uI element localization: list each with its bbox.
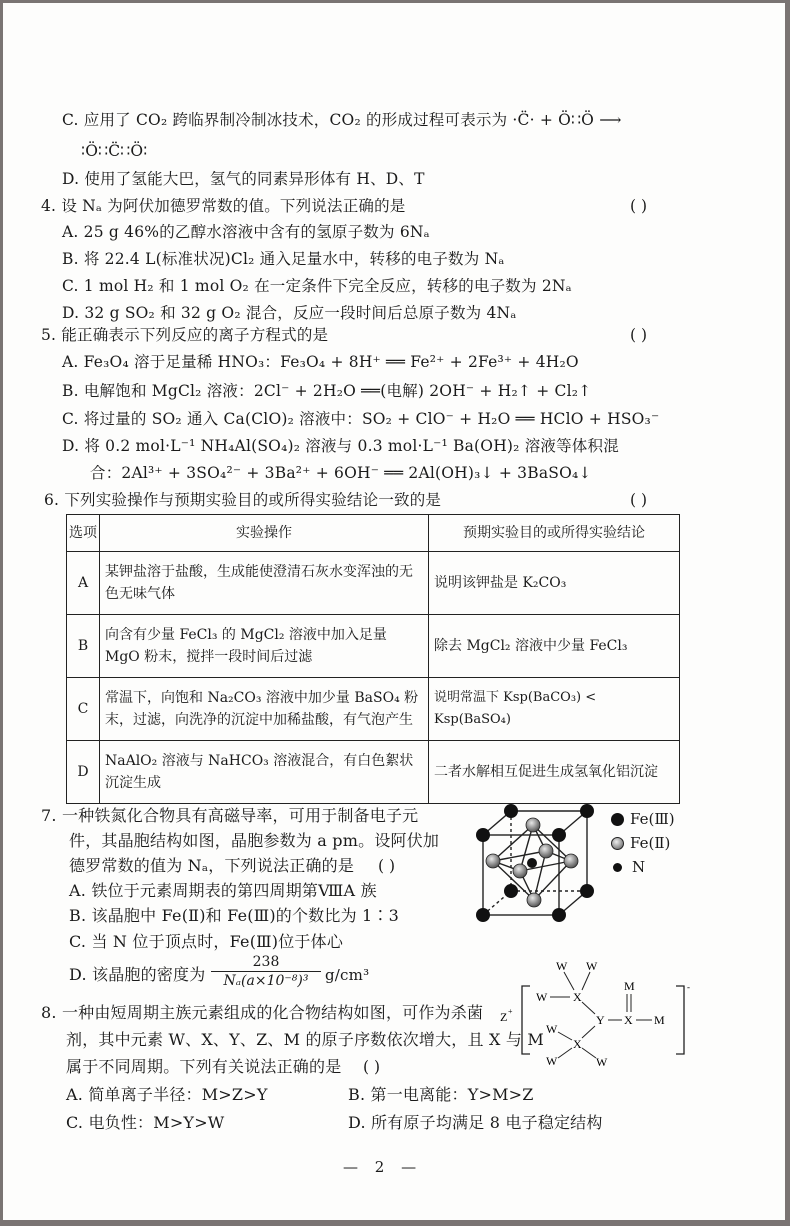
- q8-option-b: B. 第一电离能：Y>M>Z: [348, 1085, 534, 1105]
- q7-stem-line2: 件，其晶胞结构如图，晶胞参数为 a pm。设阿伏加: [69, 831, 439, 851]
- row-option: A: [67, 552, 100, 615]
- q7-density-fraction: 238 Nₐ(a×10⁻⁸)³: [211, 953, 321, 990]
- table-row: A 某钾盐溶于盐酸，生成能使澄清石灰水变浑浊的无色无味气体 说明该钾盐是 K₂C…: [67, 552, 680, 615]
- q7-answer-blank[interactable]: ( ): [378, 856, 395, 876]
- q5-option-c: C. 将过量的 SO₂ 通入 Ca(ClO)₂ 溶液中：SO₂ + ClO⁻ +…: [62, 409, 659, 429]
- q3-option-d: D. 使用了氢能大巴，氢气的同素异形体有 H、D、T: [62, 169, 425, 189]
- row-operation: 某钾盐溶于盐酸，生成能使澄清石灰水变浑浊的无色无味气体: [100, 552, 429, 615]
- q7-option-a: A. 铁位于元素周期表的第四周期第ⅧA 族: [69, 881, 377, 901]
- svg-text:W: W: [596, 1055, 608, 1068]
- q7-option-c: C. 当 N 位于顶点时，Fe(Ⅲ)位于体心: [69, 932, 343, 952]
- svg-text:W: W: [556, 959, 568, 973]
- row-operation: 常温下，向饱和 Na₂CO₃ 溶液中加少量 BaSO₄ 粉末，过滤，向洗净的沉淀…: [100, 678, 429, 741]
- q3-option-c-line1: C. 应用了 CO₂ 跨临界制冷制冰技术，CO₂ 的形成过程可表示为 ·C̈· …: [62, 110, 622, 130]
- table-header-row: 选项 实验操作 预期实验目的或所得实验结论: [67, 515, 680, 552]
- cation-label: Z: [500, 1010, 507, 1024]
- q7-stem-line1: 7. 一种铁氮化合物具有高磁导率，可用于制备电子元: [41, 806, 418, 826]
- row-operation: 向含有少量 FeCl₃ 的 MgCl₂ 溶液中加入足量 MgO 粉末，搅拌一段时…: [100, 615, 429, 678]
- q7-option-d-prefix: D. 该晶胞的密度为: [69, 965, 205, 985]
- table-row: D NaAlO₂ 溶液与 NaHCO₃ 溶液混合，有白色絮状沉淀生成 二者水解相…: [67, 741, 680, 804]
- svg-text:X: X: [624, 1013, 633, 1027]
- q5-answer-blank[interactable]: ( ): [630, 325, 647, 345]
- exam-page: C. 应用了 CO₂ 跨临界制冷制冰技术，CO₂ 的形成过程可表示为 ·C̈· …: [3, 3, 785, 1220]
- svg-text:W: W: [546, 1022, 558, 1036]
- q8-stem-line2: 剂，其中元素 W、X、Y、Z、M 的原子序数依次增大，且 X 与 M: [66, 1030, 544, 1050]
- q8-option-d: D. 所有原子均满足 8 电子稳定结构: [348, 1113, 603, 1133]
- header-conclusion: 预期实验目的或所得实验结论: [429, 515, 680, 552]
- fe3-legend-icon: [611, 813, 624, 826]
- fraction-numerator: 238: [211, 953, 321, 972]
- page-number: — 2 —: [343, 1158, 422, 1176]
- q5-option-a: A. Fe₃O₄ 溶于足量稀 HNO₃：Fe₃O₄ + 8H⁺ ══ Fe²⁺ …: [62, 352, 579, 372]
- legend-fe2: Fe(Ⅱ): [611, 834, 670, 852]
- q4-option-a: A. 25 g 46%的乙醇水溶液中含有的氢原子数为 6Nₐ: [62, 222, 430, 242]
- row-option: C: [67, 678, 100, 741]
- q7-option-b: B. 该晶胞中 Fe(Ⅱ)和 Fe(Ⅲ)的个数比为 1∶3: [69, 906, 399, 926]
- row-conclusion: 除去 MgCl₂ 溶液中少量 FeCl₃: [429, 615, 680, 678]
- q5-stem: 5. 能正确表示下列反应的离子方程式的是: [41, 325, 328, 345]
- row-operation: NaAlO₂ 溶液与 NaHCO₃ 溶液混合，有白色絮状沉淀生成: [100, 741, 429, 804]
- fraction-denominator: Nₐ(a×10⁻⁸)³: [211, 972, 321, 990]
- legend-fe3: Fe(Ⅲ): [611, 810, 675, 828]
- q8-stem-line1: 8. 一种由短周期主族元素组成的化合物结构如图，可作为杀菌: [41, 1003, 483, 1023]
- row-conclusion: 说明该钾盐是 K₂CO₃: [429, 552, 680, 615]
- table-row: C 常温下，向饱和 Na₂CO₃ 溶液中加少量 BaSO₄ 粉末，过滤，向洗净的…: [67, 678, 680, 741]
- svg-text:M: M: [624, 979, 635, 993]
- q8-option-c: C. 电负性：M>Y>W: [66, 1113, 224, 1133]
- row-conclusion: 二者水解相互促进生成氢氧化铝沉淀: [429, 741, 680, 804]
- q4-option-b: B. 将 22.4 L(标准状况)Cl₂ 通入足量水中，转移的电子数为 Nₐ: [62, 249, 505, 269]
- q8-option-a: A. 简单离子半径：M>Z>Y: [66, 1085, 268, 1105]
- n-atom: [527, 858, 537, 868]
- molecular-structure-diagram: Z + - WW WX Y X M M X W W W: [498, 948, 698, 1068]
- q8-answer-blank[interactable]: ( ): [363, 1057, 380, 1077]
- svg-text:X: X: [573, 990, 582, 1004]
- q5-option-d-line1: D. 将 0.2 mol·L⁻¹ NH₄Al(SO₄)₂ 溶液与 0.3 mol…: [62, 436, 619, 456]
- header-option: 选项: [67, 515, 100, 552]
- q4-stem: 4. 设 Nₐ 为阿伏加德罗常数的值。下列说法正确的是: [41, 196, 406, 216]
- legend-n: N: [613, 858, 645, 876]
- crystal-cell-diagram: [463, 803, 603, 923]
- svg-text:+: +: [508, 1007, 513, 1016]
- n-legend-icon: [613, 863, 622, 872]
- experiment-table: 选项 实验操作 预期实验目的或所得实验结论 A 某钾盐溶于盐酸，生成能使澄清石灰…: [66, 514, 680, 804]
- row-option: B: [67, 615, 100, 678]
- svg-text:W: W: [586, 959, 598, 973]
- q4-option-d: D. 32 g SO₂ 和 32 g O₂ 混合，反应一段时间后总原子数为 4N…: [62, 303, 517, 323]
- svg-text:Y: Y: [596, 1013, 605, 1027]
- svg-text:M: M: [654, 1013, 665, 1027]
- q6-stem: 6. 下列实验操作与预期实验目的或所得实验结论一致的是: [44, 490, 441, 510]
- q8-stem-line3: 属于不同周期。下列有关说法正确的是: [66, 1057, 341, 1077]
- q4-option-c: C. 1 mol H₂ 和 1 mol O₂ 在一定条件下完全反应，转移的电子数…: [62, 276, 572, 296]
- svg-text:X: X: [573, 1037, 582, 1051]
- q5-option-b: B. 电解饱和 MgCl₂ 溶液：2Cl⁻ + 2H₂O ══(电解) 2OH⁻…: [62, 381, 591, 401]
- q5-option-d-line2: 合：2Al³⁺ + 3SO₄²⁻ + 3Ba²⁺ + 6OH⁻ ══ 2Al(O…: [90, 463, 592, 483]
- q6-answer-blank[interactable]: ( ): [630, 490, 647, 510]
- svg-text:W: W: [546, 1054, 558, 1068]
- q3-option-c-line2: ∶Ö∷C̈∷Ö∶: [81, 141, 147, 161]
- row-conclusion: 说明常温下 Ksp(BaCO₃) < Ksp(BaSO₄): [429, 678, 680, 741]
- row-option: D: [67, 741, 100, 804]
- q7-stem-line3: 德罗常数的值为 Nₐ，下列说法正确的是: [69, 856, 354, 876]
- fe2-legend-icon: [611, 837, 624, 850]
- anion-charge: -: [687, 982, 690, 992]
- table-row: B 向含有少量 FeCl₃ 的 MgCl₂ 溶液中加入足量 MgO 粉末，搅拌一…: [67, 615, 680, 678]
- svg-text:W: W: [536, 990, 548, 1004]
- header-operation: 实验操作: [100, 515, 429, 552]
- q4-answer-blank[interactable]: ( ): [630, 196, 647, 216]
- q7-density-unit: g/cm³: [325, 965, 369, 985]
